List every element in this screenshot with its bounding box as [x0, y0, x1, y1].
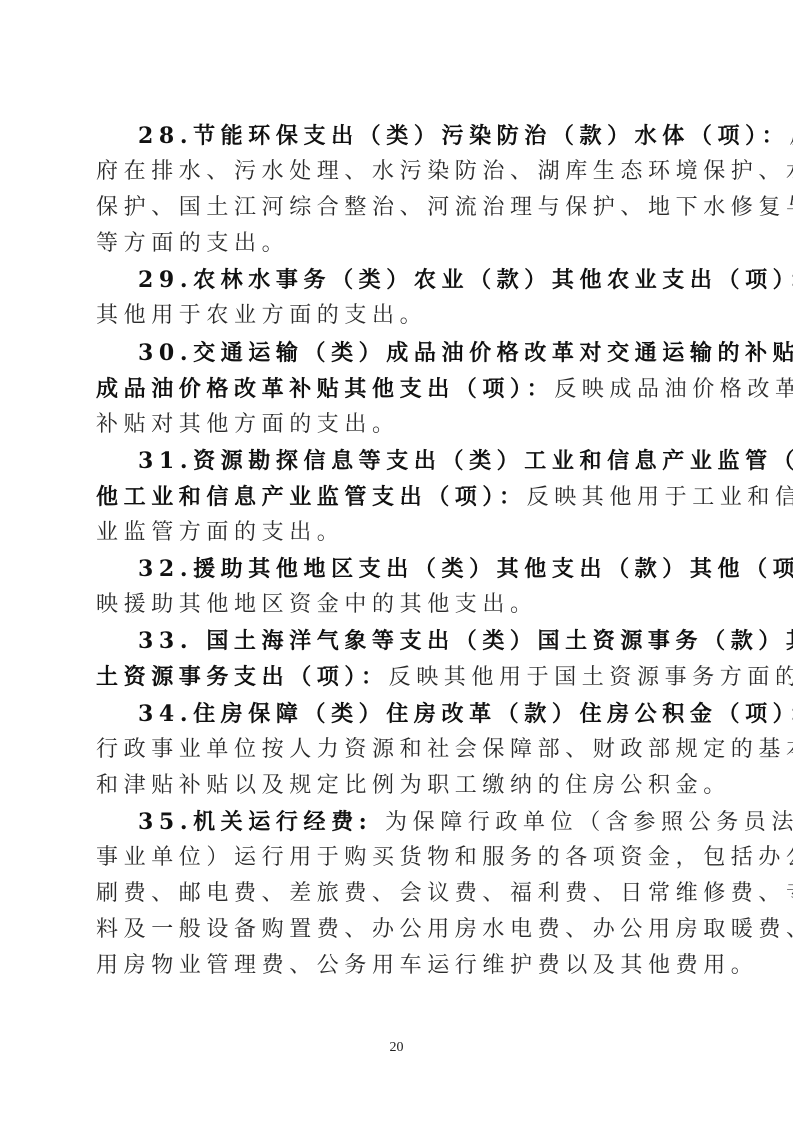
- paragraph-31: 31.资源勘探信息等支出（类）工业和信息产业监管（款）其 他工业和信息产业监管支…: [96, 443, 706, 551]
- item-description: 事业单位）运行用于购买货物和服务的各项资金，包括办公及印: [96, 845, 793, 870]
- item-description: 其他用于农业方面的支出。: [96, 303, 427, 328]
- paragraph-line: 31.资源勘探信息等支出（类）工业和信息产业监管（款）其: [96, 443, 706, 479]
- paragraph-line: 成品油价格改革补贴其他支出（项）：反映成品油价格改革财政: [96, 371, 706, 407]
- item-heading: 28.节能环保支出（类）污染防治（款）水体（项）：: [138, 123, 789, 149]
- item-description: 用房物业管理费、公务用车运行维护费以及其他费用。: [96, 953, 758, 978]
- paragraph-line: 和津贴补贴以及规定比例为职工缴纳的住房公积金。: [96, 768, 706, 804]
- item-heading: 30.交通运输（类）成品油价格改革对交通运输的补贴（款）: [138, 340, 793, 366]
- paragraph-32: 32.援助其他地区支出（类）其他支出（款）其他（项）：反 映援助其他地区资金中的…: [96, 551, 706, 623]
- paragraph-line: 补贴对其他方面的支出。: [96, 407, 706, 443]
- paragraph-line: 府在排水、污水处理、水污染防治、湖库生态环境保护、水源地: [96, 154, 706, 190]
- item-description: 业监管方面的支出。: [96, 520, 344, 545]
- paragraph-line: 29.农林水事务（类）农业（款）其他农业支出（项）：反映: [96, 262, 706, 298]
- paragraph-29: 29.农林水事务（类）农业（款）其他农业支出（项）：反映 其他用于农业方面的支出…: [96, 262, 706, 334]
- item-description: 保护、国土江河综合整治、河流治理与保护、地下水修复与保护: [96, 195, 793, 220]
- item-heading: 成品油价格改革补贴其他支出（项）：: [96, 376, 554, 402]
- item-description: 行政事业单位按人力资源和社会保障部、财政部规定的基本工资: [96, 737, 793, 762]
- paragraph-28: 28.节能环保支出（类）污染防治（款）水体（项）：反映政 府在排水、污水处理、水…: [96, 118, 706, 262]
- document-body: 28.节能环保支出（类）污染防治（款）水体（项）：反映政 府在排水、污水处理、水…: [96, 118, 706, 984]
- item-description: 料及一般设备购置费、办公用房水电费、办公用房取暖费、办公: [96, 917, 793, 942]
- paragraph-line: 等方面的支出。: [96, 226, 706, 262]
- document-page: 28.节能环保支出（类）污染防治（款）水体（项）：反映政 府在排水、污水处理、水…: [0, 0, 793, 1122]
- item-heading: 35.机关运行经费:: [138, 809, 372, 835]
- paragraph-line: 他工业和信息产业监管支出（项）：反映其他用于工业和信息产: [96, 479, 706, 515]
- item-description: 反映其他用于国土资源事务方面的支出。: [389, 665, 793, 690]
- item-heading: 34.住房保障（类）住房改革（款）住房公积金（项）：: [138, 701, 793, 727]
- paragraph-line: 用房物业管理费、公务用车运行维护费以及其他费用。: [96, 948, 706, 984]
- paragraph-33: 33. 国土海洋气象等支出（类）国土资源事务（款）其他国 土资源事务支出（项）：…: [96, 623, 706, 695]
- paragraph-line: 土资源事务支出（项）：反映其他用于国土资源事务方面的支出。: [96, 659, 706, 695]
- item-description: 反映成品油价格改革财政: [554, 377, 793, 402]
- item-heading: 29.农林水事务（类）农业（款）其他农业支出（项）：: [138, 267, 793, 293]
- item-description: 等方面的支出。: [96, 231, 289, 256]
- paragraph-line: 料及一般设备购置费、办公用房水电费、办公用房取暖费、办公: [96, 912, 706, 948]
- item-heading: 32.援助其他地区支出（类）其他支出（款）其他（项）：: [138, 556, 793, 582]
- paragraph-line: 30.交通运输（类）成品油价格改革对交通运输的补贴（款）: [96, 335, 706, 371]
- page-number: 20: [0, 1040, 793, 1056]
- paragraph-line: 业监管方面的支出。: [96, 515, 706, 551]
- paragraph-30: 30.交通运输（类）成品油价格改革对交通运输的补贴（款） 成品油价格改革补贴其他…: [96, 335, 706, 443]
- paragraph-line: 32.援助其他地区支出（类）其他支出（款）其他（项）：反: [96, 551, 706, 587]
- paragraph-line: 保护、国土江河综合整治、河流治理与保护、地下水修复与保护: [96, 190, 706, 226]
- paragraph-line: 34.住房保障（类）住房改革（款）住房公积金（项）：反映: [96, 696, 706, 732]
- item-description: 和津贴补贴以及规定比例为职工缴纳的住房公积金。: [96, 773, 731, 798]
- paragraph-line: 映援助其他地区资金中的其他支出。: [96, 587, 706, 623]
- paragraph-34: 34.住房保障（类）住房改革（款）住房公积金（项）：反映 行政事业单位按人力资源…: [96, 696, 706, 804]
- item-description: 刷费、邮电费、差旅费、会议费、福利费、日常维修费、专用材: [96, 881, 793, 906]
- item-description: 映援助其他地区资金中的其他支出。: [96, 592, 538, 617]
- item-heading: 31.资源勘探信息等支出（类）工业和信息产业监管（款）其: [138, 448, 793, 474]
- paragraph-line: 事业单位）运行用于购买货物和服务的各项资金，包括办公及印: [96, 840, 706, 876]
- item-description: 反映其他用于工业和信息产: [527, 485, 793, 510]
- paragraph-line: 行政事业单位按人力资源和社会保障部、财政部规定的基本工资: [96, 732, 706, 768]
- item-description: 为保障行政单位（含参照公务员法管理的: [372, 810, 793, 835]
- item-heading: 土资源事务支出（项）：: [96, 664, 389, 690]
- item-heading: 他工业和信息产业监管支出（项）：: [96, 484, 527, 510]
- paragraph-line: 其他用于农业方面的支出。: [96, 298, 706, 334]
- paragraph-35: 35.机关运行经费: 为保障行政单位（含参照公务员法管理的 事业单位）运行用于购…: [96, 804, 706, 984]
- item-description: 反映政: [789, 124, 793, 149]
- paragraph-line: 33. 国土海洋气象等支出（类）国土资源事务（款）其他国: [96, 623, 706, 659]
- item-description: 府在排水、污水处理、水污染防治、湖库生态环境保护、水源地: [96, 159, 793, 184]
- item-heading: 33. 国土海洋气象等支出（类）国土资源事务（款）其他国: [138, 628, 793, 654]
- paragraph-line: 刷费、邮电费、差旅费、会议费、福利费、日常维修费、专用材: [96, 876, 706, 912]
- item-description: 补贴对其他方面的支出。: [96, 412, 400, 437]
- paragraph-line: 35.机关运行经费: 为保障行政单位（含参照公务员法管理的: [96, 804, 706, 840]
- paragraph-line: 28.节能环保支出（类）污染防治（款）水体（项）：反映政: [96, 118, 706, 154]
